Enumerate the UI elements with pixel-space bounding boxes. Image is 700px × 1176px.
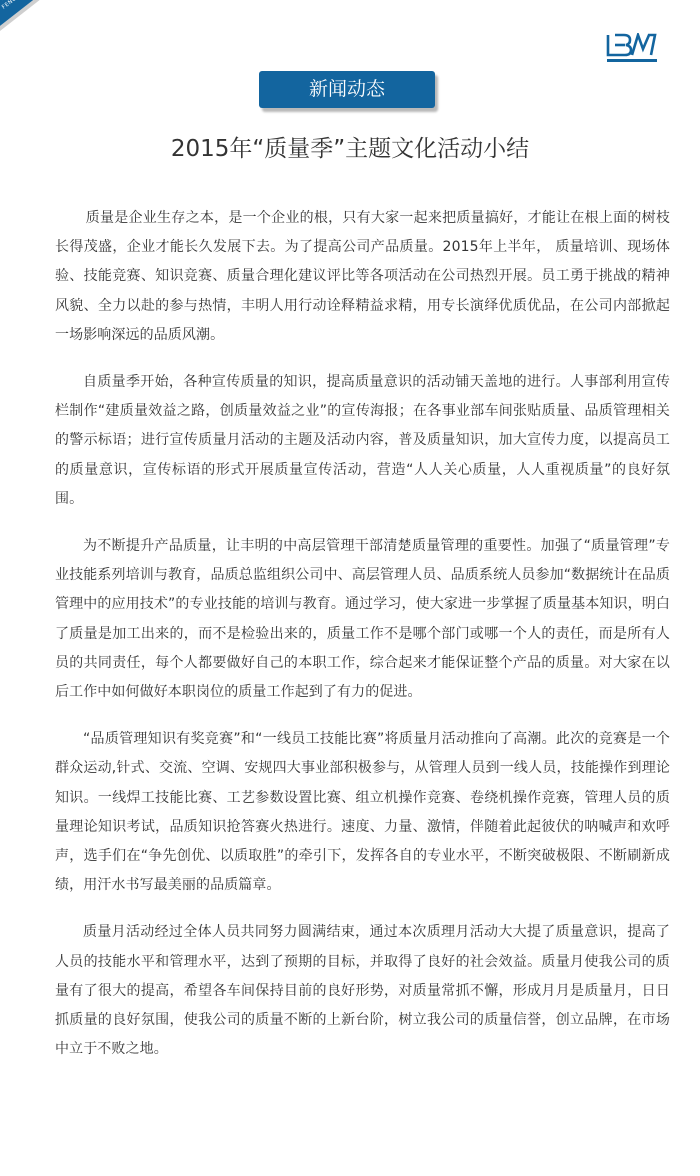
paragraph: 自质量季开始，各种宣传质量的知识，提高质量意识的活动铺天盖地的进行。人事部利用宣… — [55, 368, 670, 514]
bm-logo-icon — [605, 33, 659, 64]
corner-band — [0, 0, 170, 54]
corner-brand-banner: 丰明电容 FENGMING CAPACITOR — [0, 0, 170, 54]
article-title: 2015年“质量季”主题文化活动小结 — [0, 130, 700, 163]
paragraph: 质量月活动经过全体人员共同努力圆满结束，通过本次质理月活动大大提了质量意识，提高… — [55, 918, 670, 1064]
paragraph: “品质管理知识有奖竞赛”和“一线员工技能比赛”将质量月活动推向了高潮。此次的竞赛… — [55, 725, 670, 900]
paragraph: 质量是企业生存之本，是一个企业的根，只有大家一起来把质量搞好，才能让在根上面的树… — [55, 204, 670, 350]
paragraph: 为不断提升产品质量，让丰明的中高层管理干部清楚质量管理的重要性。加强了“质量管理… — [55, 532, 670, 707]
article-body: 质量是企业生存之本，是一个企业的根，只有大家一起来把质量搞好，才能让在根上面的树… — [55, 204, 670, 1082]
news-section-tab[interactable]: 新闻动态 — [259, 71, 435, 108]
